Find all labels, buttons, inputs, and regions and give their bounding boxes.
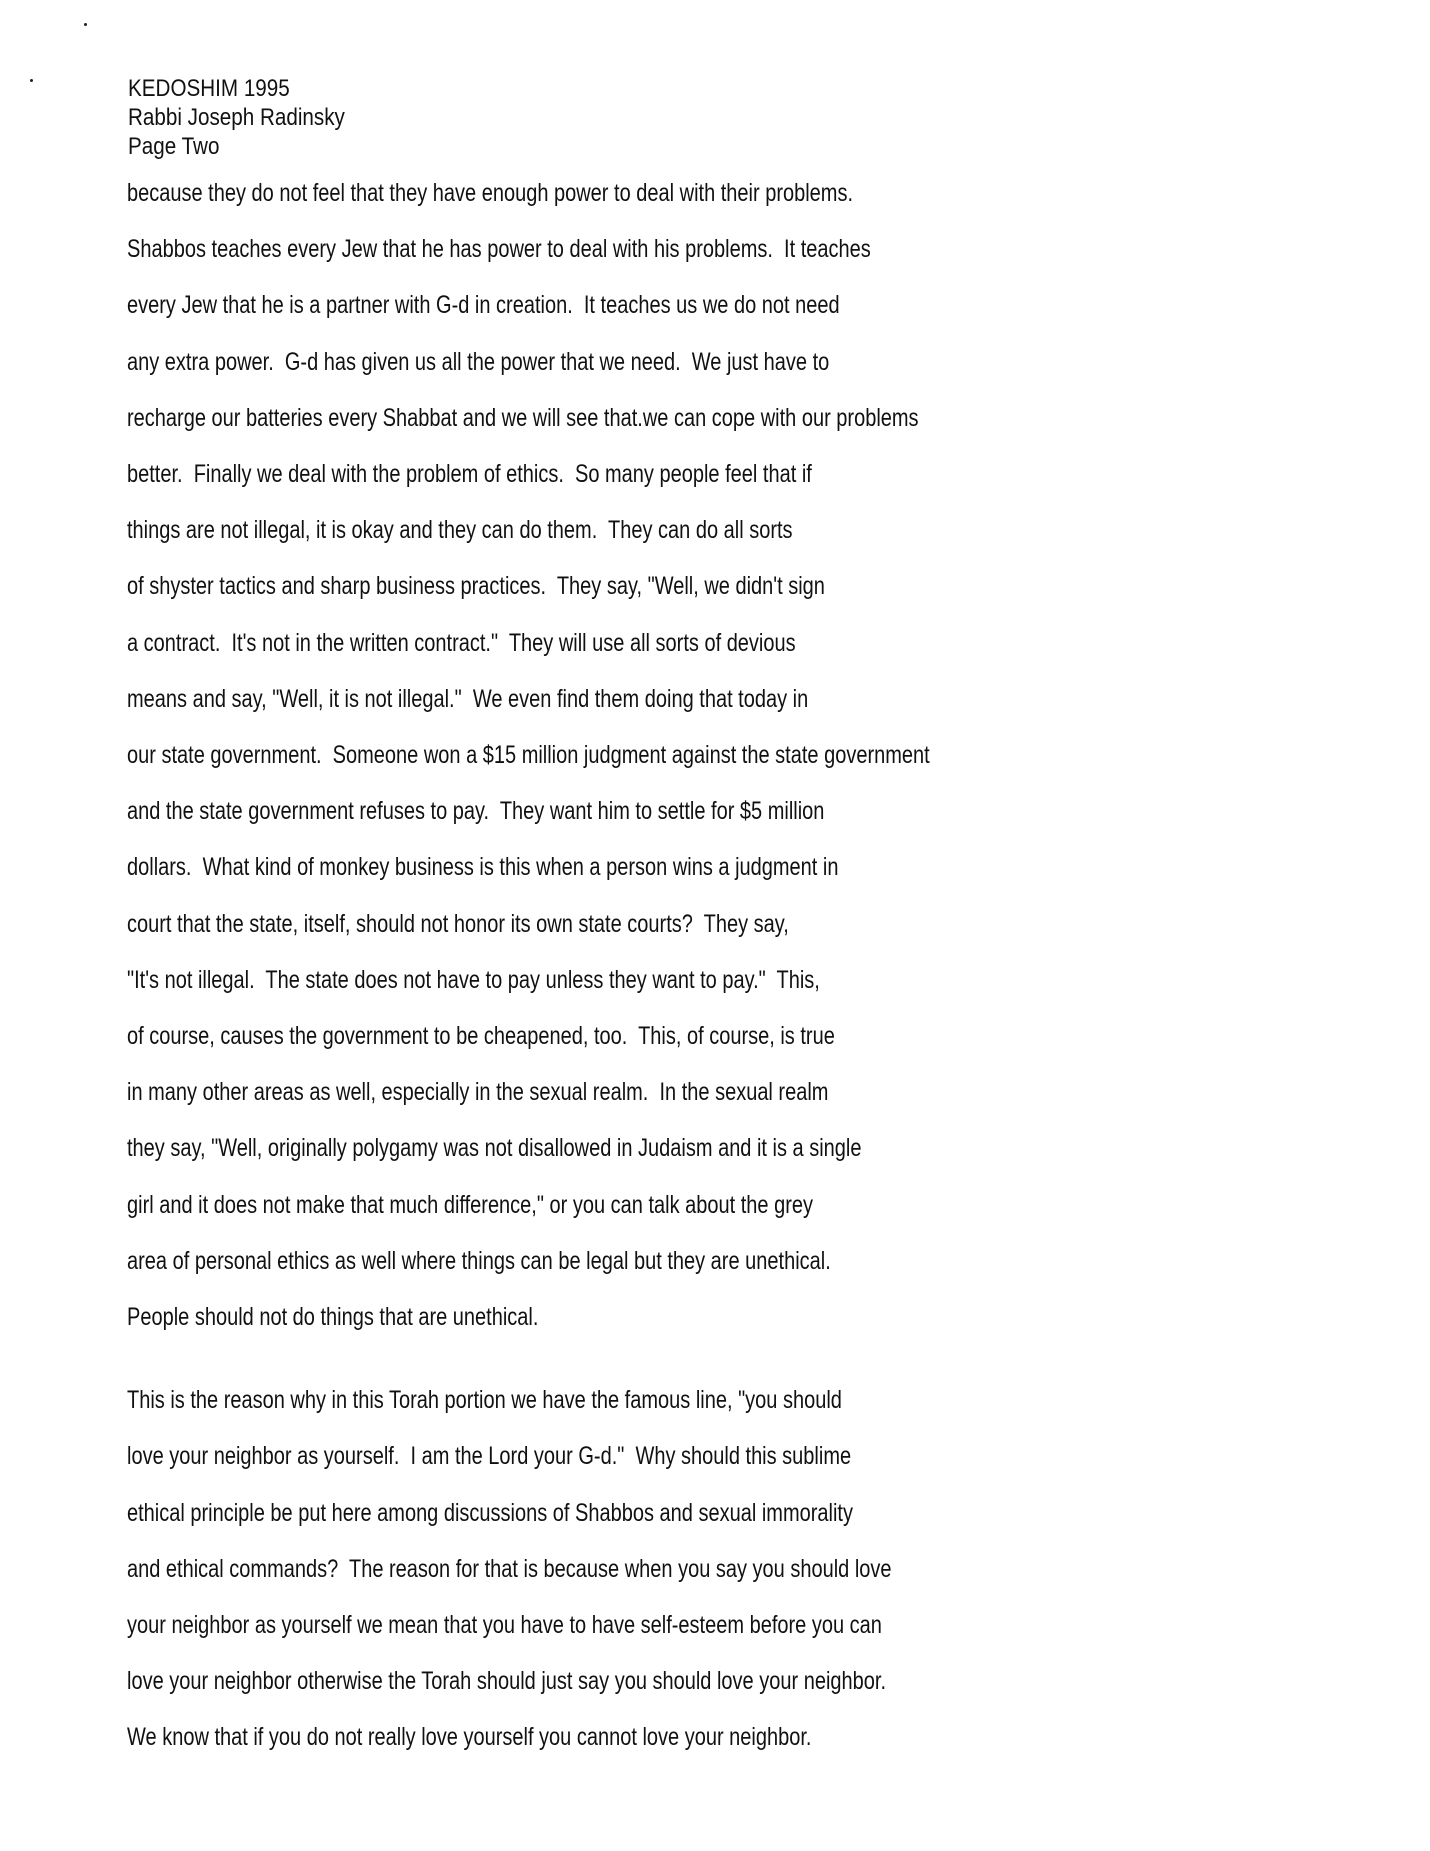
text-line: any extra power. G-d has given us all th… xyxy=(127,347,829,377)
text-line: every Jew that he is a partner with G-d … xyxy=(127,290,840,320)
text-line: girl and it does not make that much diff… xyxy=(127,1190,813,1220)
text-line: because they do not feel that they have … xyxy=(127,178,853,208)
text-line: your neighbor as yourself we mean that y… xyxy=(127,1610,882,1640)
text-line: love your neighbor as yourself. I am the… xyxy=(127,1441,851,1471)
text-line: Shabbos teaches every Jew that he has po… xyxy=(127,234,871,264)
text-line: ethical principle be put here among disc… xyxy=(127,1498,853,1528)
scan-speck xyxy=(84,23,87,26)
text-line: and the state government refuses to pay.… xyxy=(127,796,824,826)
text-line: We know that if you do not really love y… xyxy=(127,1722,811,1752)
document-page: KEDOSHIM 1995 Rabbi Joseph Radinsky Page… xyxy=(0,0,1430,1851)
text-line: means and say, "Well, it is not illegal.… xyxy=(127,684,808,714)
text-line: love your neighbor otherwise the Torah s… xyxy=(127,1666,886,1696)
text-line: they say, "Well, originally polygamy was… xyxy=(127,1133,861,1163)
text-line: better. Finally we deal with the problem… xyxy=(127,459,812,489)
header-page-label: Page Two xyxy=(128,132,345,161)
document-header: KEDOSHIM 1995 Rabbi Joseph Radinsky Page… xyxy=(128,74,345,161)
text-line: area of personal ethics as well where th… xyxy=(127,1246,831,1276)
text-line: things are not illegal, it is okay and t… xyxy=(127,515,793,545)
text-line: This is the reason why in this Torah por… xyxy=(127,1385,842,1415)
scan-speck xyxy=(30,79,33,82)
text-line: recharge our batteries every Shabbat and… xyxy=(127,403,919,433)
text-line: "It's not illegal. The state does not ha… xyxy=(127,965,820,995)
text-line: dollars. What kind of monkey business is… xyxy=(127,852,838,882)
header-title: KEDOSHIM 1995 xyxy=(128,74,345,103)
text-line: and ethical commands? The reason for tha… xyxy=(127,1554,892,1584)
text-line: People should not do things that are une… xyxy=(127,1302,538,1332)
text-line: a contract. It's not in the written cont… xyxy=(127,628,796,658)
text-line: in many other areas as well, especially … xyxy=(127,1077,828,1107)
text-line: of course, causes the government to be c… xyxy=(127,1021,835,1051)
text-line: of shyster tactics and sharp business pr… xyxy=(127,571,825,601)
header-author: Rabbi Joseph Radinsky xyxy=(128,103,345,132)
text-line: court that the state, itself, should not… xyxy=(127,909,789,939)
text-line: our state government. Someone won a $15 … xyxy=(127,740,930,770)
